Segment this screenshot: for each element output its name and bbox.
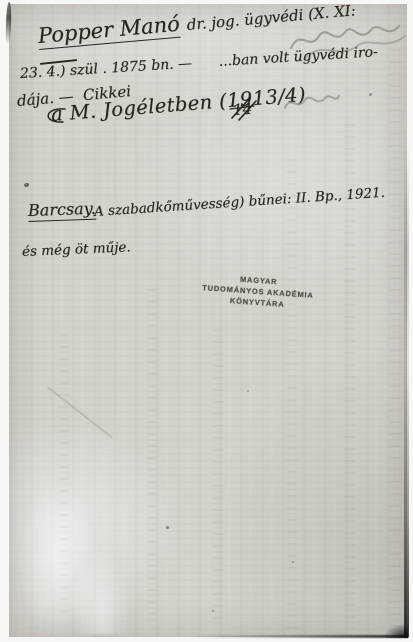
paper-scratch: [47, 387, 112, 438]
entry1-line2: 23. 4.) szül . 1875 bn. — ...ban volt üg…: [20, 44, 379, 82]
entry2-title: A szabadkőművesség) bűnei: II. Bp., 1921…: [93, 185, 385, 220]
crossed-out-number: 14: [232, 100, 252, 119]
library-stamp: MAGYAR TUDOMÁNYOS AKADÉMIA KÖNYVTÁRA: [194, 271, 322, 313]
scanned-page: Popper Manódr. jog. ügyvédi (X. XI: 23. …: [0, 0, 413, 642]
bleed-through-column: [213, 329, 223, 629]
entry2-author: Barcsay.: [28, 199, 96, 222]
ink-speck: [166, 526, 169, 529]
page-edge-bottom: [190, 635, 408, 638]
page-edge-right: [404, 140, 409, 638]
entry1-heading: Popper Manódr. jog. ügyvédi (X. XI:: [37, 0, 356, 48]
ink-speck: [292, 561, 294, 563]
entry2-note: és még öt műje.: [22, 239, 131, 260]
entry1-title-note: dr. jog. ügyvédi (X. XI:: [186, 1, 356, 34]
bleed-through-column: [390, 49, 401, 629]
ink-speck: [212, 610, 214, 612]
entry1-name: Popper Manó: [37, 12, 181, 50]
bleed-through-column: [147, 289, 157, 624]
journal-close: ): [297, 83, 307, 107]
paper-curl: [8, 464, 140, 634]
ink-speck: [247, 390, 249, 392]
journal-year-fraction: 13/4: [252, 84, 299, 110]
bleed-through-column: [287, 159, 297, 629]
bottom-right-shadow: [384, 624, 408, 638]
